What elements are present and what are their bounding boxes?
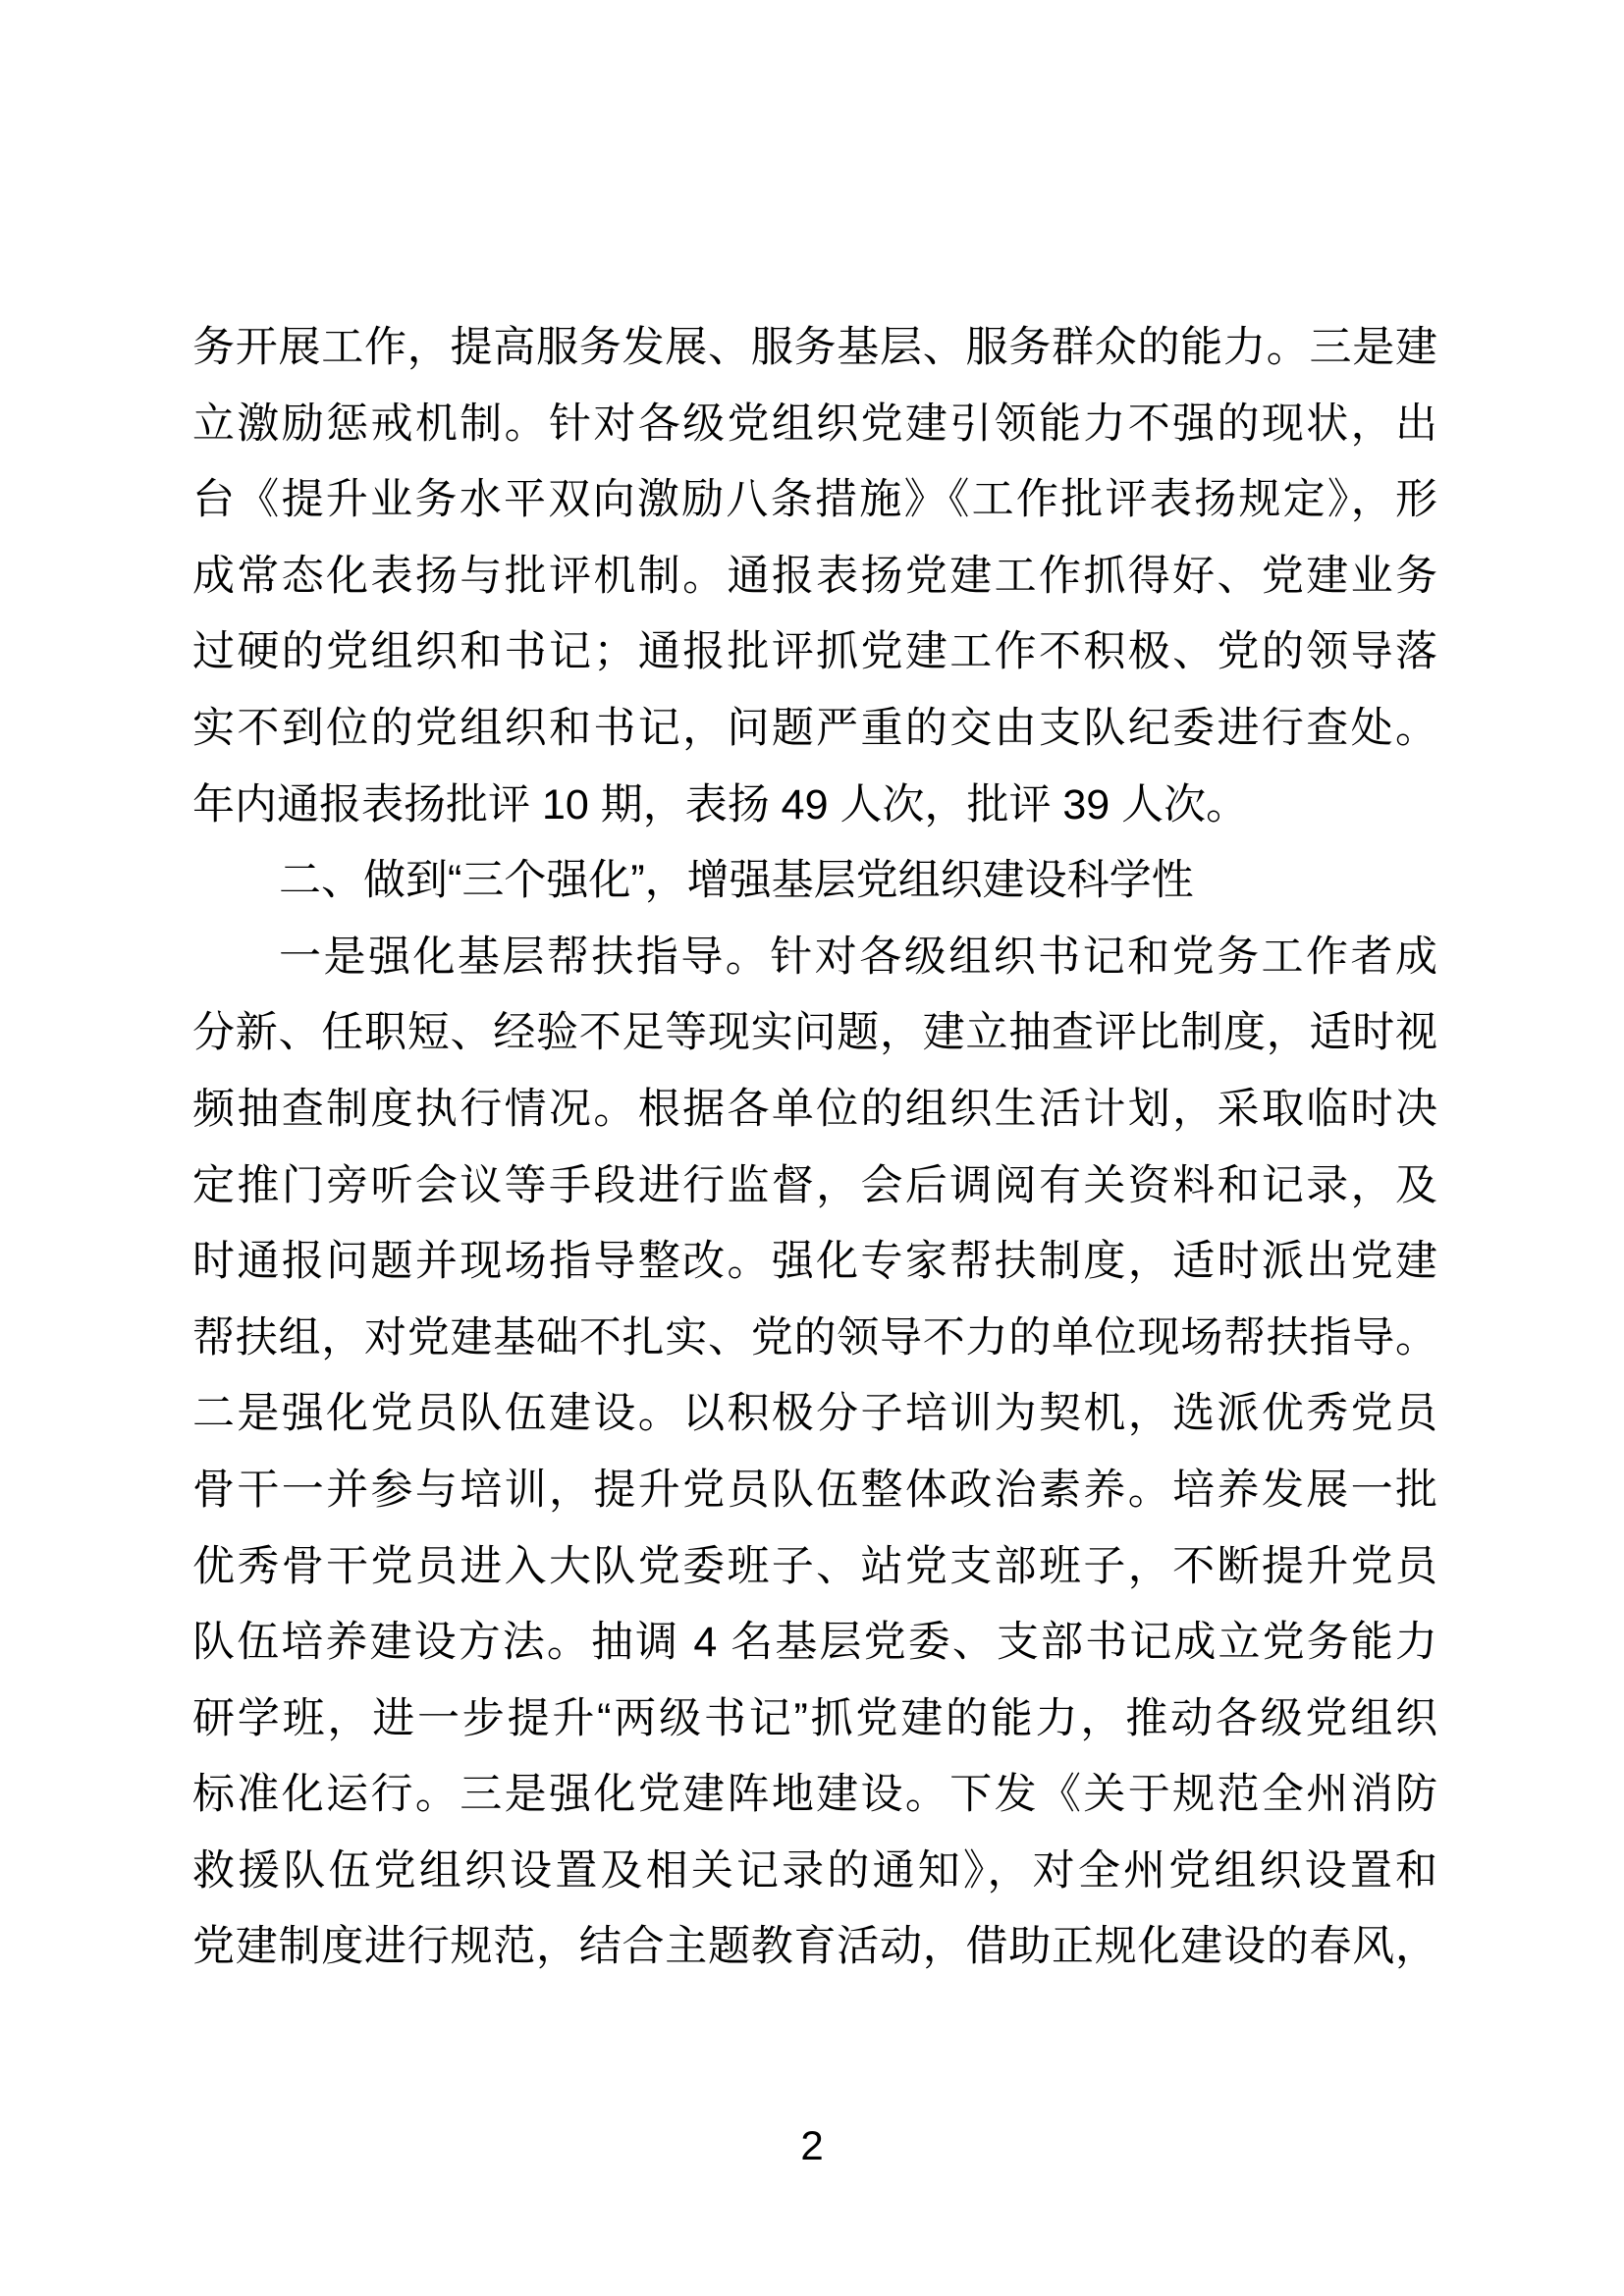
text-line: 时通报问题并现场指导整改。强化专家帮扶制度，适时派出党建 <box>192 1224 1437 1301</box>
text-line: 务开展工作，提高服务发展、服务基层、服务群众的能力。三是建 <box>192 310 1437 387</box>
text-line: 优秀骨干党员进入大队党委班子、站党支部班子，不断提升党员 <box>192 1529 1437 1606</box>
text-line: 台《提升业务水平双向激励八条措施》《工作批评表扬规定》，形 <box>192 462 1437 539</box>
section-heading: 二、做到“三个强化”，增强基层党组织建设科学性 <box>192 843 1437 920</box>
document-page: 务开展工作，提高服务发展、服务基层、服务群众的能力。三是建 立激励惩戒机制。针对… <box>0 0 1624 2296</box>
text-line: 频抽查制度执行情况。根据各单位的组织生活计划，采取临时决 <box>192 1072 1437 1148</box>
text-line: 帮扶组，对党建基础不扎实、党的领导不力的单位现场帮扶指导。 <box>192 1301 1437 1377</box>
text-line: 党建制度进行规范，结合主题教育活动，借助正规化建设的春风， <box>192 1909 1437 1986</box>
text-line: 救援队伍党组织设置及相关记录的通知》，对全州党组织设置和 <box>192 1834 1437 1910</box>
text-line: 实不到位的党组织和书记，问题严重的交由支队纪委进行查处。 <box>192 691 1437 768</box>
text-line: 骨干一并参与培训，提升党员队伍整体政治素养。培养发展一批 <box>192 1453 1437 1529</box>
page-number: 2 <box>0 2122 1624 2169</box>
text-line: 定推门旁听会议等手段进行监督，会后调阅有关资料和记录，及 <box>192 1148 1437 1225</box>
text-line: 成常态化表扬与批评机制。通报表扬党建工作抓得好、党建业务 <box>192 539 1437 615</box>
text-line: 标准化运行。三是强化党建阵地建设。下发《关于规范全州消防 <box>192 1757 1437 1834</box>
text-line: 队伍培养建设方法。抽调 4 名基层党委、支部书记成立党务能力 <box>192 1605 1437 1682</box>
text-line: 二是强化党员队伍建设。以积极分子培训为契机，选派优秀党员 <box>192 1376 1437 1453</box>
text-line: 一是强化基层帮扶指导。针对各级组织书记和党务工作者成 <box>192 920 1437 996</box>
document-body: 务开展工作，提高服务发展、服务基层、服务群众的能力。三是建 立激励惩戒机制。针对… <box>192 310 1437 1986</box>
text-line: 立激励惩戒机制。针对各级党组织党建引领能力不强的现状，出 <box>192 387 1437 463</box>
text-line: 年内通报表扬批评 10 期，表扬 49 人次，批评 39 人次。 <box>192 768 1437 844</box>
text-line: 分新、任职短、经验不足等现实问题，建立抽查评比制度，适时视 <box>192 995 1437 1072</box>
text-line: 过硬的党组织和书记；通报批评抓党建工作不积极、党的领导落 <box>192 614 1437 691</box>
text-line: 研学班，进一步提升“两级书记”抓党建的能力，推动各级党组织 <box>192 1682 1437 1758</box>
